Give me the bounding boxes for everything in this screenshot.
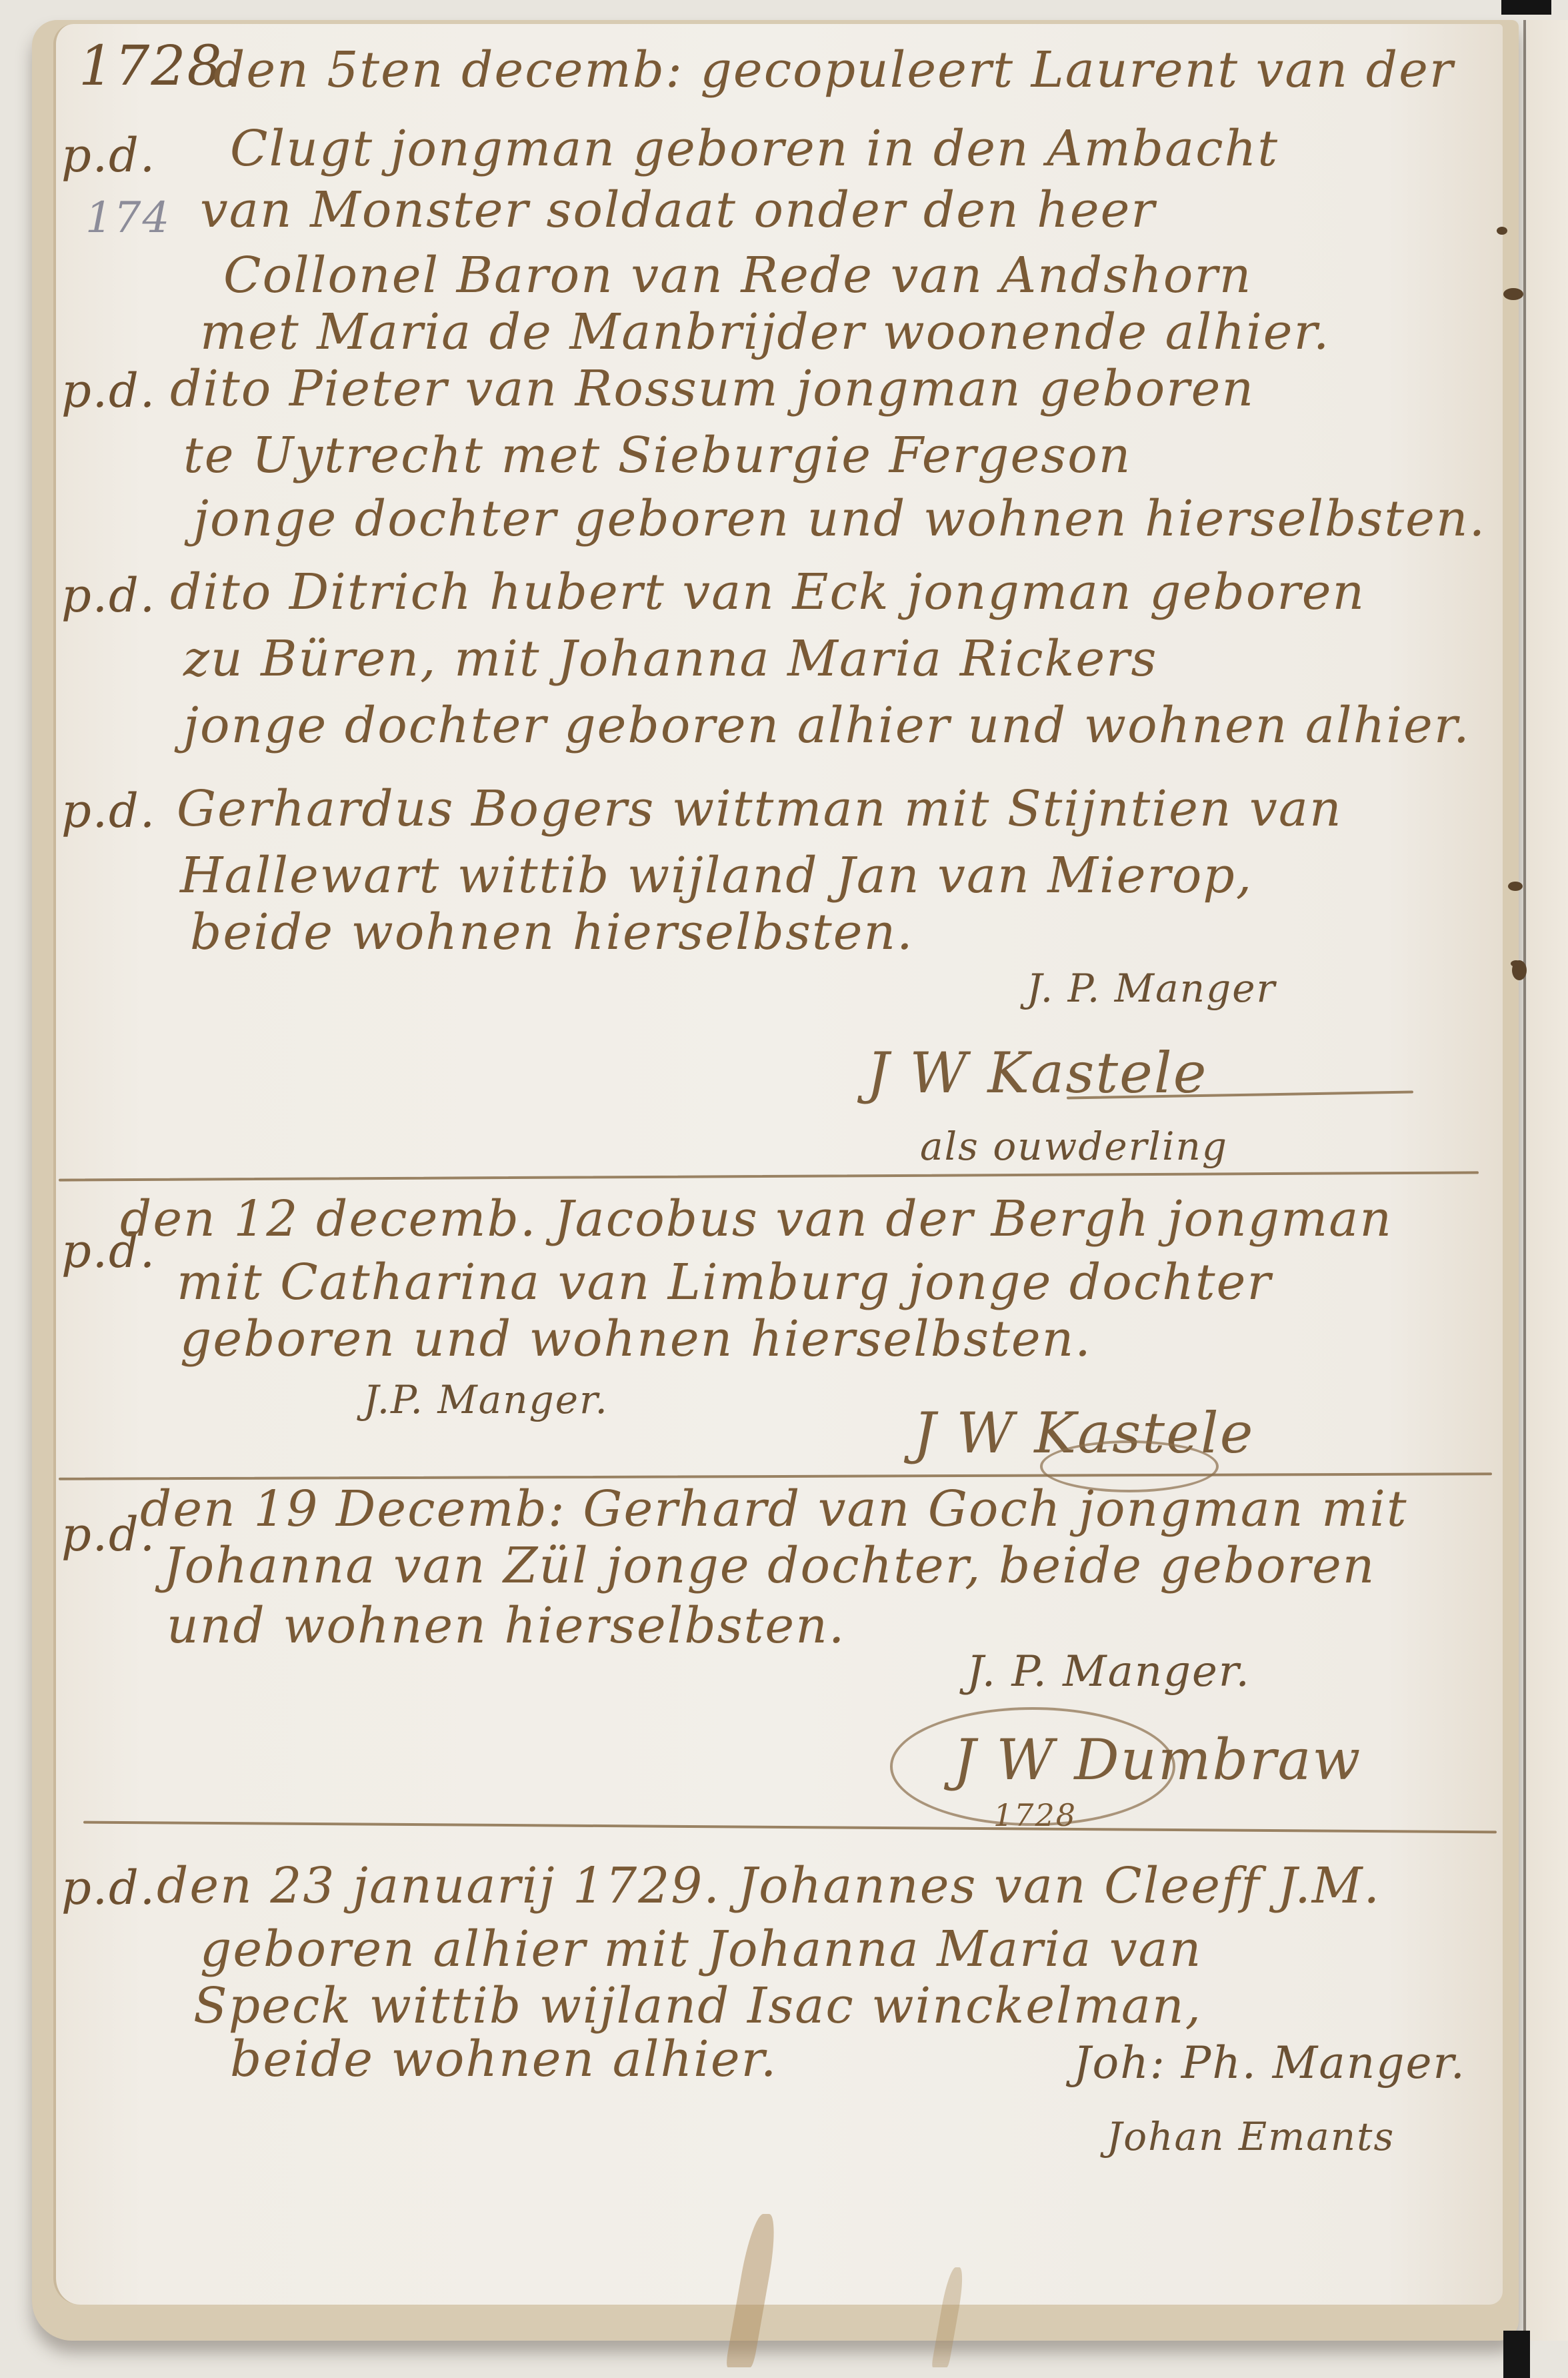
top-clip <box>1501 0 1551 15</box>
bottom-clip <box>1503 2331 1530 2378</box>
entry-line: beide wohnen alhier. <box>230 2031 777 2088</box>
entry-line: Hallewart wittib wijland Jan van Mierop, <box>180 847 1253 904</box>
entry-line: Johanna van Zül jonge dochter, beide geb… <box>163 1537 1375 1594</box>
entry-line: geboren alhier mit Johanna Maria van <box>200 1921 1202 1978</box>
entry-line: dito Ditrich hubert van Eck jongman gebo… <box>170 563 1365 621</box>
signature-emants: Johan Emants <box>1107 2114 1395 2159</box>
entry-margin-mark: p.d. <box>61 1861 156 1915</box>
entry-line: den 5ten decemb: gecopuleert Laurent van… <box>213 41 1454 99</box>
entry-line: den 23 januarij 1729. Johannes van Cleef… <box>157 1857 1381 1915</box>
entry-line: beide wohnen hierselbsten. <box>190 904 914 961</box>
entry-line: Collonel Baron van Rede van Andshorn <box>223 247 1252 304</box>
entry-margin-mark: p.d. <box>61 568 156 623</box>
entry-line: geboren und wohnen hierselbsten. <box>180 1310 1092 1368</box>
entry-line: jonge dochter geboren und wohnen hiersel… <box>193 490 1486 547</box>
entry-line: Clugt jongman geboren in den Ambacht <box>230 120 1279 177</box>
signature-manger: J.P. Manger. <box>363 1377 609 1422</box>
entry-line: met Maria de Manbrijder woonende alhier. <box>200 303 1330 361</box>
facing-page-edge <box>1527 20 1568 2341</box>
entry-margin-mark: p.d. <box>61 363 156 418</box>
ink-blot <box>1511 960 1521 967</box>
entry-line: Speck wittib wijland Isac winckelman, <box>193 1977 1202 2035</box>
ink-blot <box>1497 227 1507 235</box>
signature-manger: J. P. Manger. <box>967 1647 1251 1696</box>
pencil-page-number: 174 <box>85 193 171 243</box>
entry-line: van Monster soldaat onder den heer <box>200 181 1156 239</box>
signature-manger: J. P. Manger <box>1027 966 1276 1011</box>
entry-line: Gerhardus Bogers wittman mit Stijntien v… <box>177 780 1343 838</box>
entry-line: jonge dochter geboren alhier und wohnen … <box>183 697 1471 754</box>
entry-line: zu Büren, mit Johanna Maria Rickers <box>183 630 1158 688</box>
entry-line: und wohnen hierselbsten. <box>167 1597 845 1654</box>
signature-title: als ouwderling <box>920 1124 1228 1169</box>
ink-blot <box>1503 288 1523 300</box>
entry-line: den 19 Decemb: Gerhard van Goch jongman … <box>140 1480 1408 1538</box>
entry-line: mit Catharina van Limburg jonge dochter <box>177 1254 1272 1311</box>
entry-margin-mark: p.d. <box>61 784 156 838</box>
entry-line: dito Pieter van Rossum jongman geboren <box>170 360 1255 417</box>
entry-line: te Uytrecht met Sieburgie Fergeson <box>183 427 1131 484</box>
entry-line: den 12 decemb. Jacobus van der Bergh jon… <box>120 1190 1393 1248</box>
binding-gutter <box>1523 20 1526 2354</box>
entry-margin-mark: p.d. <box>61 128 156 183</box>
signature-manger: Joh: Ph. Manger. <box>1073 2037 1466 2089</box>
signature-dumbraw: J W Dumbraw <box>953 1727 1361 1793</box>
ink-blot <box>1508 882 1523 891</box>
